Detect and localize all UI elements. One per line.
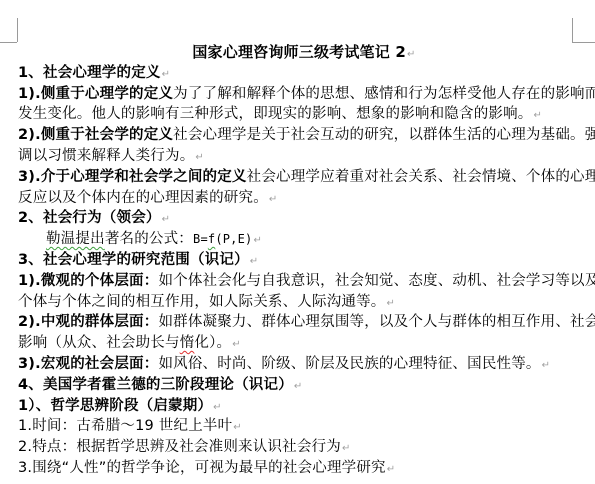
subsection-heading-philosophical-stage: 1）、哲学思辨阶段（启蒙期）↵ (18, 396, 578, 417)
paragraph-label: 1).微观的个体层面： (18, 273, 158, 289)
paragraph-label: 2).中观的群体层面： (18, 314, 158, 330)
paragraph-mark-icon: ↵ (253, 235, 262, 246)
spelling-flagged-text[interactable]: 惰 (180, 335, 195, 351)
paragraph-psychology-definition: 1).侧重于心理学的定义为了了解和解释个体的思想、感情和行为怎样受他人存在的影响… (18, 84, 578, 126)
paragraph-text: 影响（从众、社会助长与 (18, 335, 180, 351)
paragraph-sociology-definition: 2).侧重于社会学的定义社会心理学是关于社会互动的研究，以群体生活的心理为基础。… (18, 125, 578, 167)
paragraph-mark-icon: ↵ (213, 402, 222, 413)
page-corner-mark-top-right (572, 18, 573, 42)
paragraph-mark-icon: ↵ (387, 464, 396, 475)
heading-text: 3、社会心理学的研究范围（识记） (18, 252, 249, 268)
list-item: 3.围绕“人性”的哲学争论，可视为最早的社会心理学研究↵ (18, 458, 578, 479)
paragraph-micro-level: 1).微观的个体层面：如个体社会化与自我意识，社会知觉、态度、动机、社会学习等以… (18, 271, 578, 313)
heading-text: 2、社会行为（领会） (18, 210, 161, 226)
section-heading-1: 1、社会心理学的定义↵ (18, 63, 578, 84)
section-heading-2: 2、社会行为（领会）↵ (18, 208, 578, 229)
section-heading-4: 4、美国学者霍兰德的三阶段理论（识记）↵ (18, 375, 578, 396)
paragraph-mark-icon: ↵ (542, 360, 551, 371)
paragraph-mark-icon: ↵ (407, 49, 416, 60)
document-title: 国家心理咨询师三级考试笔记 2↵ (18, 42, 578, 63)
paragraph-text: 如个体社会化与自我意识，社会知觉、态度、动机、社会学习等以及 (158, 273, 595, 289)
paragraph-text: 发生变化。他人的影响有三种形式，即现实的影响、想象的影响和隐含的影响。 (18, 106, 533, 122)
paragraph-mark-icon: ↵ (233, 422, 242, 433)
paragraph-mark-icon: ↵ (162, 214, 171, 225)
paragraph-meso-level: 2).中观的群体层面：如群体凝聚力、群体心理氛围等，以及个人与群体的相互作用、社… (18, 312, 578, 354)
paragraph-mark-icon: ↵ (162, 69, 171, 80)
paragraph-label: 1).侧重于心理学的定义 (18, 86, 173, 102)
page-corner-mark-top-left (0, 42, 17, 43)
section-heading-3: 3、社会心理学的研究范围（识记）↵ (18, 250, 578, 271)
paragraph-text: 社会心理学应着重对社会关系、社会情境、个体的心理 (247, 169, 595, 185)
paragraph-mark-icon: ↵ (250, 256, 259, 267)
paragraph-text: 如群体凝聚力、群体心理氛围等，以及个人与群体的相互作用、社会 (158, 314, 595, 330)
page-corner-mark-top-left (17, 18, 18, 42)
paragraph-text: 如风俗、时尚、阶级、阶层及民族的心理特征、国民性等。 (158, 356, 540, 372)
paragraph-label: 3).介于心理学和社会学之间的定义 (18, 169, 247, 185)
paragraph-mark-icon: ↵ (195, 152, 204, 163)
paragraph-mark-icon: ↵ (232, 339, 241, 350)
lewin-formula: 勒温提出著名的公式：B=f(P,E)↵ (18, 229, 578, 250)
heading-text: 4、美国学者霍兰德的三阶段理论（识记） (18, 377, 293, 393)
paragraph-macro-level: 3).宏观的社会层面：如风俗、时尚、阶级、阶层及民族的心理特征、国民性等。↵ (18, 354, 578, 375)
heading-text: 1、社会心理学的定义 (18, 65, 161, 81)
paragraph-text: 反应以及个体内在的心理因素的研究。 (18, 190, 268, 206)
grammar-flagged-text[interactable]: 勒温提出 (46, 231, 105, 247)
list-item: 2.特点：根据哲学思辨及社会准则来认识社会行为↵ (18, 437, 578, 458)
document-body[interactable]: 国家心理咨询师三级考试笔记 2↵ 1、社会心理学的定义↵ 1).侧重于心理学的定… (18, 42, 578, 479)
list-item: 1.时间：古希腊～19 世纪上半叶↵ (18, 416, 578, 437)
paragraph-mark-icon: ↵ (294, 381, 303, 392)
paragraph-mark-icon: ↵ (534, 110, 543, 121)
list-item-text: 2.特点：根据哲学思辨及社会准则来认识社会行为 (18, 439, 341, 455)
paragraph-mark-icon: ↵ (387, 298, 396, 309)
paragraph-text: 化）。 (194, 335, 231, 351)
paragraph-mark-icon: ↵ (269, 194, 278, 205)
paragraph-mark-icon: ↵ (342, 443, 351, 454)
list-item-text: 3.围绕“人性”的哲学争论，可视为最早的社会心理学研究 (18, 460, 386, 476)
heading-text: 1）、哲学思辨阶段（启蒙期） (18, 398, 212, 414)
list-item-text: 1.时间：古希腊～19 世纪上半叶 (18, 418, 232, 434)
paragraph-text: 为了了解和解释个体的思想、感情和行为怎样受他人存在的影响而 (173, 86, 595, 102)
paragraph-label: 2).侧重于社会学的定义 (18, 127, 173, 143)
formula-text: (P,E) (215, 232, 252, 246)
title-text: 国家心理咨询师三级考试笔记 2 (192, 43, 406, 61)
paragraph-between-definition: 3).介于心理学和社会学之间的定义社会心理学应着重对社会关系、社会情境、个体的心… (18, 167, 578, 209)
paragraph-text: 个体与个体之间的相互作用，如人际关系、人际沟通等。 (18, 294, 386, 310)
paragraph-text: 调以习惯来解释人类行为。 (18, 148, 194, 164)
paragraph-text: 社会心理学是关于社会互动的研究，以群体生活的心理为基础。强 (173, 127, 595, 143)
formula-text: B= (193, 232, 208, 246)
formula-label: 著名的公式： (105, 231, 193, 247)
paragraph-label: 3).宏观的社会层面： (18, 356, 158, 372)
